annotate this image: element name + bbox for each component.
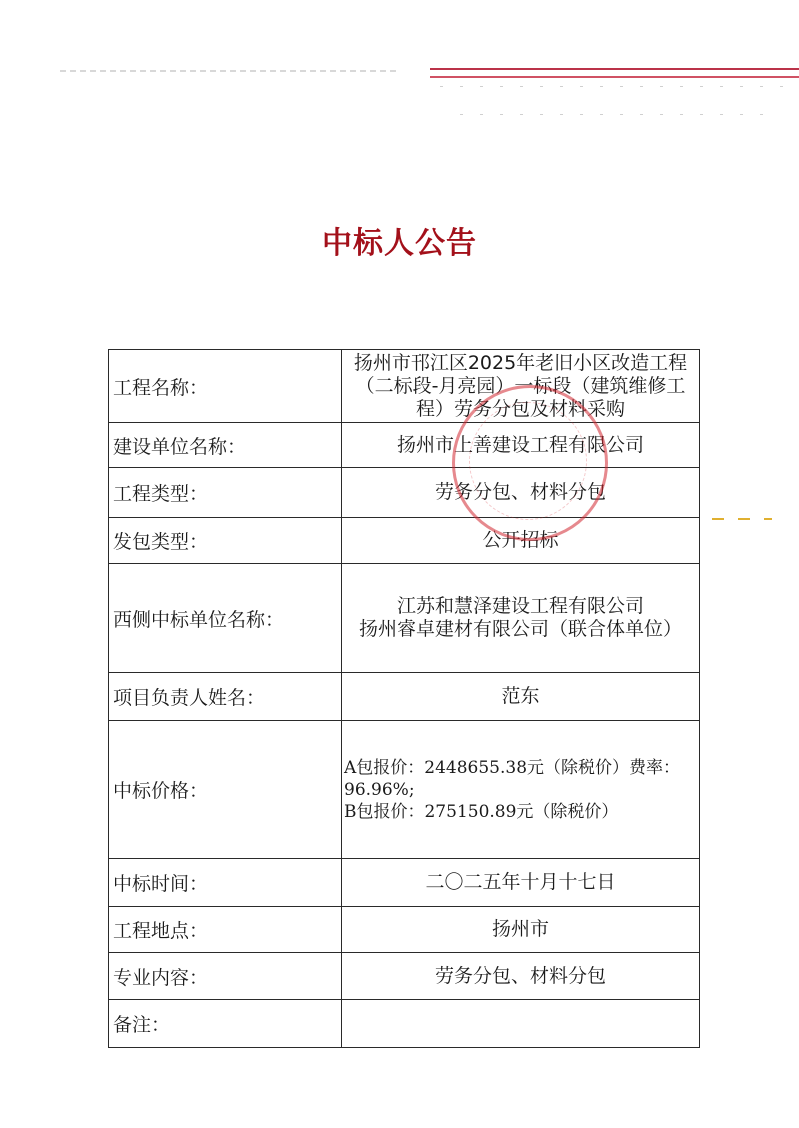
scan-artifact-red-line — [430, 68, 799, 78]
value-winning-price: A包报价：2448655.38元（除税价）费率： 96.96%; B包报价：27… — [342, 721, 700, 859]
value-award-date: 二〇二五年十月十七日 — [342, 859, 700, 907]
table-row-owner: 建设单位名称： 扬州市上善建设工程有限公司 — [109, 423, 700, 468]
label-contract-type: 发包类型： — [109, 518, 342, 564]
value-line: 江苏和慧泽建设工程有限公司 — [342, 595, 699, 618]
value-line: 96.96%; — [344, 779, 699, 801]
scan-artifact-dots — [460, 114, 780, 115]
label-owner: 建设单位名称： — [109, 423, 342, 468]
table-row-scope: 专业内容： 劳务分包、材料分包 — [109, 953, 700, 1000]
label-award-date: 中标时间： — [109, 859, 342, 907]
label-project-type: 工程类型： — [109, 468, 342, 518]
table-row-contract-type: 发包类型： 公开招标 — [109, 518, 700, 564]
table-row-project-type: 工程类型： 劳务分包、材料分包 — [109, 468, 700, 518]
label-scope: 专业内容： — [109, 953, 342, 1000]
table-row-remarks: 备注： — [109, 1000, 700, 1048]
table-row-location: 工程地点： 扬州市 — [109, 907, 700, 953]
scan-artifact-side-mark — [712, 518, 772, 520]
value-line: 扬州睿卓建材有限公司（联合体单位） — [342, 618, 699, 641]
value-scope: 劳务分包、材料分包 — [342, 953, 700, 1000]
scan-artifact-dots — [440, 86, 790, 87]
value-remarks — [342, 1000, 700, 1048]
value-project-manager: 范东 — [342, 673, 700, 721]
value-line: 程）劳务分包及材料采购 — [342, 398, 699, 421]
value-contract-type: 公开招标 — [342, 518, 700, 564]
award-notice-table: 工程名称： 扬州市邗江区2025年老旧小区改造工程 （二标段-月亮园）一标段（建… — [108, 349, 700, 1048]
label-location: 工程地点： — [109, 907, 342, 953]
label-remarks: 备注： — [109, 1000, 342, 1048]
table-row-award-date: 中标时间： 二〇二五年十月十七日 — [109, 859, 700, 907]
value-owner: 扬州市上善建设工程有限公司 — [342, 423, 700, 468]
value-line: （二标段-月亮园）一标段（建筑维修工 — [342, 375, 699, 398]
table-row-winning-price: 中标价格： A包报价：2448655.38元（除税价）费率： 96.96%; B… — [109, 721, 700, 859]
table-row-project-name: 工程名称： 扬州市邗江区2025年老旧小区改造工程 （二标段-月亮园）一标段（建… — [109, 350, 700, 423]
value-project-type: 劳务分包、材料分包 — [342, 468, 700, 518]
scan-artifact-line — [60, 70, 400, 72]
value-location: 扬州市 — [342, 907, 700, 953]
value-winning-bidder: 江苏和慧泽建设工程有限公司 扬州睿卓建材有限公司（联合体单位） — [342, 564, 700, 673]
table-row-winning-bidder: 西侧中标单位名称： 江苏和慧泽建设工程有限公司 扬州睿卓建材有限公司（联合体单位… — [109, 564, 700, 673]
document-title: 中标人公告 — [0, 218, 799, 262]
label-winning-price: 中标价格： — [109, 721, 342, 859]
value-line: B包报价：275150.89元（除税价） — [344, 801, 699, 823]
label-winning-bidder: 西侧中标单位名称： — [109, 564, 342, 673]
table-row-project-manager: 项目负责人姓名： 范东 — [109, 673, 700, 721]
label-project-manager: 项目负责人姓名： — [109, 673, 342, 721]
value-line: 扬州市邗江区2025年老旧小区改造工程 — [342, 352, 699, 375]
value-project-name: 扬州市邗江区2025年老旧小区改造工程 （二标段-月亮园）一标段（建筑维修工 程… — [342, 350, 700, 423]
value-line: A包报价：2448655.38元（除税价）费率： — [344, 757, 699, 779]
label-project-name: 工程名称： — [109, 350, 342, 423]
